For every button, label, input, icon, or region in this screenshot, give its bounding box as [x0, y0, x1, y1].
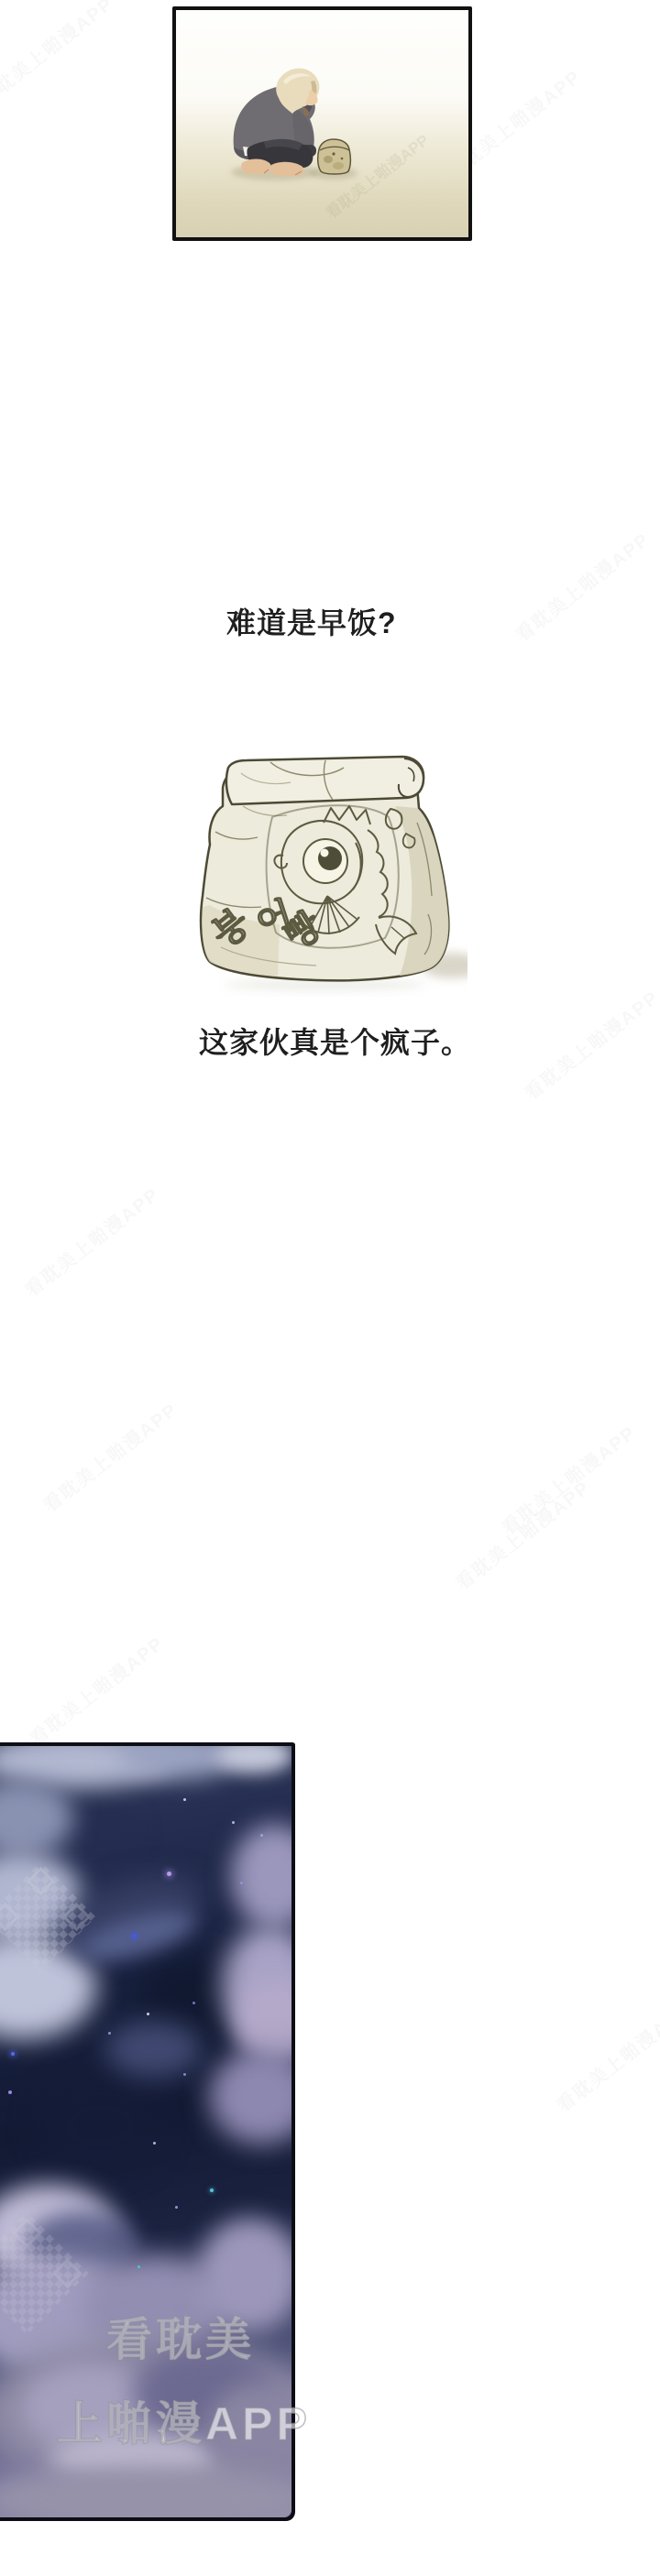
faint-watermark: 看耽美上啪漫APP: [37, 1395, 182, 1517]
panel-crouching-figure: 看耽美上啪漫APP: [172, 6, 472, 241]
dialogue-line-1: 难道是早饭?: [226, 606, 397, 640]
paper-bag-artwork: 붕 어 빵: [188, 722, 467, 997]
faint-watermark: 看耽美上啪漫APP: [449, 1473, 595, 1595]
faint-watermark: 看耽美上啪漫APP: [509, 525, 654, 647]
faint-watermark: 看耽美上啪漫APP: [550, 1995, 660, 2117]
app-watermark-line2: 上啪漫APP: [57, 2387, 311, 2453]
faint-watermark: 看耽美上啪漫APP: [0, 0, 118, 111]
comic-page: 看耽美上啪漫APP 看耽美上啪漫APP 看耽美上啪漫APP 看耽美上啪漫APP …: [0, 0, 660, 2576]
faint-watermark: 看耽美上啪漫APP: [495, 1418, 641, 1540]
faint-watermark: 看耽美上啪漫APP: [518, 983, 660, 1105]
dialogue-line-2: 这家伙真是个疯子。: [199, 1026, 471, 1060]
faint-watermark: 看耽美上啪漫APP: [18, 1180, 164, 1302]
faint-watermark: 看耽美上啪漫APP: [23, 1629, 169, 1751]
app-watermark-line1: 看耽美: [106, 2303, 255, 2369]
